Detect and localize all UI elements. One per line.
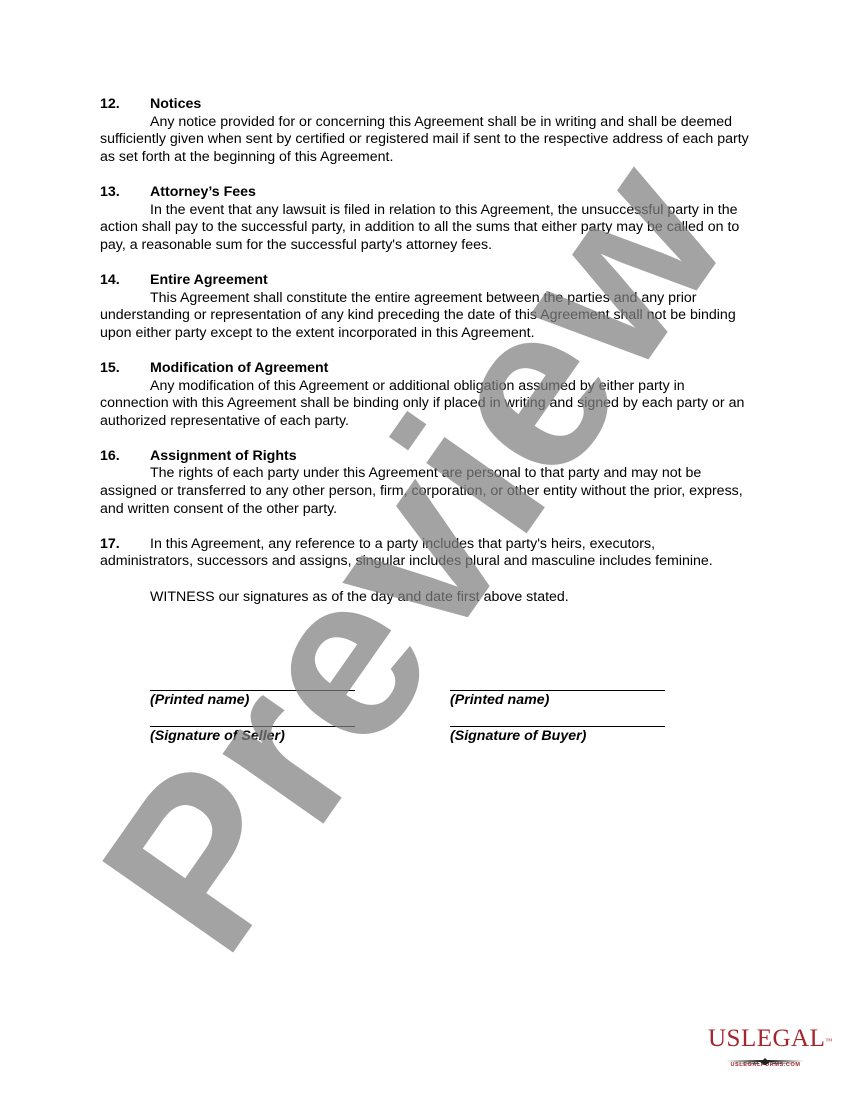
logo-wordmark: USLEGAL™ <box>708 1026 823 1052</box>
section-assignment-of-rights: 16. Assignment of Rights The rights of e… <box>100 448 752 518</box>
section-entire-agreement: 14. Entire Agreement This Agreement shal… <box>100 272 752 342</box>
section-number: 17. <box>100 536 150 554</box>
section-heading: 16. Assignment of Rights <box>100 448 752 466</box>
section-number: 12. <box>100 96 150 114</box>
section-heading: 13. Attorney’s Fees <box>100 184 752 202</box>
buyer-signature-label: (Signature of Buyer) <box>450 727 665 745</box>
seller-signature-column: (Printed name) (Signature of Seller) <box>150 673 355 745</box>
section-heading: 15. Modification of Agreement <box>100 360 752 378</box>
buyer-printed-name-label: (Printed name) <box>450 691 665 709</box>
eagle-wings-icon <box>708 1053 823 1061</box>
section-body: Any notice provided for or concerning th… <box>100 114 752 167</box>
seller-printed-name-label: (Printed name) <box>150 691 355 709</box>
seller-signature-line <box>150 709 355 727</box>
section-attorneys-fees: 13. Attorney’s Fees In the event that an… <box>100 184 752 254</box>
section-heading: 14. Entire Agreement <box>100 272 752 290</box>
section-number: 14. <box>100 272 150 290</box>
section-heading: 12. Notices <box>100 96 752 114</box>
buyer-signature-line <box>450 709 665 727</box>
section-number: 16. <box>100 448 150 466</box>
section-title: Attorney’s Fees <box>150 184 256 202</box>
section-body: In this Agreement, any reference to a pa… <box>100 536 713 570</box>
section-body: Any modification of this Agreement or ad… <box>100 378 752 431</box>
buyer-signature-column: (Printed name) (Signature of Buyer) <box>450 673 665 745</box>
document-page: 12. Notices Any notice provided for or c… <box>0 0 850 1100</box>
section-17: 17.In this Agreement, any reference to a… <box>100 536 752 571</box>
section-notices: 12. Notices Any notice provided for or c… <box>100 96 752 166</box>
section-number: 13. <box>100 184 150 202</box>
section-title: Notices <box>150 96 201 114</box>
buyer-printed-name-line <box>450 673 665 691</box>
section-body: The rights of each party under this Agre… <box>100 465 752 518</box>
witness-statement: WITNESS our signatures as of the day and… <box>100 589 752 607</box>
section-body: In the event that any lawsuit is filed i… <box>100 202 752 255</box>
document-body: 12. Notices Any notice provided for or c… <box>100 96 752 606</box>
section-title: Assignment of Rights <box>150 448 297 466</box>
section-title: Modification of Agreement <box>150 360 328 378</box>
uslegal-logo: USLEGAL™ USLEGALFORMS.COM <box>708 1026 823 1068</box>
seller-signature-label: (Signature of Seller) <box>150 727 355 745</box>
seller-printed-name-line <box>150 673 355 691</box>
section-title: Entire Agreement <box>150 272 268 290</box>
section-number: 15. <box>100 360 150 378</box>
section-17-body: 17.In this Agreement, any reference to a… <box>100 536 752 571</box>
section-modification: 15. Modification of Agreement Any modifi… <box>100 360 752 430</box>
section-body: This Agreement shall constitute the enti… <box>100 290 752 343</box>
